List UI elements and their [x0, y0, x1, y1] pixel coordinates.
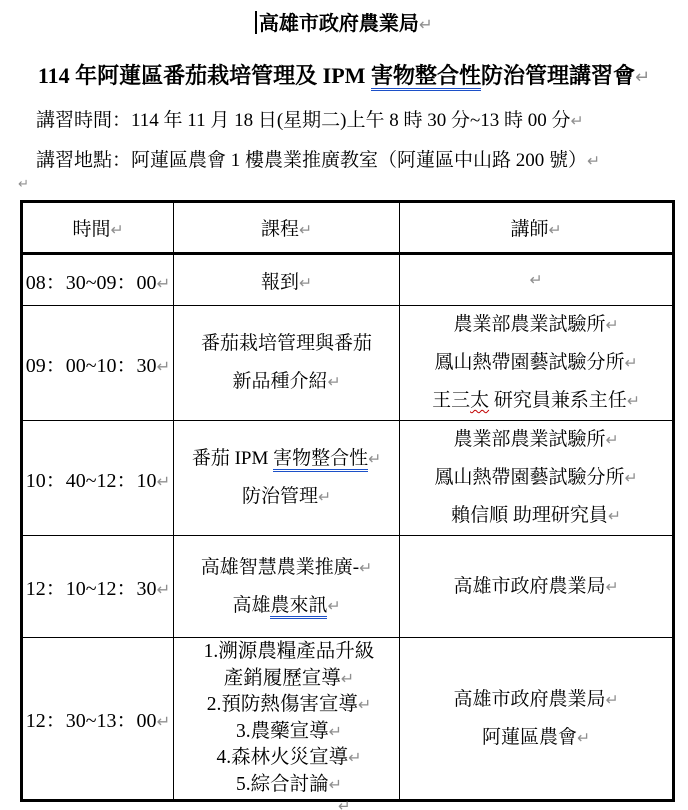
cell-line: 4.森林火災宣導↵: [179, 745, 399, 772]
event-title-line: 114 年阿蓮區番茄栽培管理及 IPM 害物整合性防治管理講習會↵: [0, 59, 688, 95]
cell-line: 3.農藥宣導↵: [179, 719, 399, 746]
cell-line: 5.綜合討論↵: [179, 772, 399, 799]
seminar-time-line: 講習時間：114 年 11 月 18 日(星期二)上午 8 時 30 分~13 …: [36, 107, 688, 135]
pilcrow-mark: ↵: [327, 597, 340, 615]
cell-line: 鳳山熱帶園藝試驗分所↵: [400, 344, 672, 382]
cell-line: 1.溯源農糧產品升級: [179, 639, 399, 666]
pilcrow-mark: ↵: [318, 488, 331, 506]
cell-line: 鳳山熱帶園藝試驗分所↵: [400, 459, 672, 497]
grammar-underline: 農來訊: [270, 595, 327, 619]
pilcrow-mark: ↵: [571, 112, 584, 130]
time-cell: 09：00~10：30↵: [22, 306, 174, 421]
table-row: 12：10~12：30↵ 高雄智慧農業推廣-↵ 高雄農來訊↵ 高雄市政府農業局↵: [22, 536, 674, 638]
pilcrow-mark: ↵: [329, 722, 342, 741]
pilcrow-mark: ↵: [358, 695, 371, 714]
pilcrow-mark: ↵: [338, 797, 351, 810]
seminar-time-text: 講習時間：114 年 11 月 18 日(星期二)上午 8 時 30 分~13 …: [36, 110, 571, 131]
header-cell-course: 課程↵: [174, 202, 400, 254]
time-cell: 08：30~09：00↵: [22, 254, 174, 306]
pilcrow-mark: ↵: [529, 271, 542, 289]
lecturer-cell: ↵: [400, 254, 674, 306]
pilcrow-mark: ↵: [577, 729, 590, 747]
pilcrow-mark: ↵: [605, 691, 618, 709]
course-cell: 番茄 IPM 害物整合性↵ 防治管理↵: [174, 421, 400, 536]
course-cell: 番茄栽培管理與番茄 新品種介紹↵: [174, 306, 400, 421]
pilcrow-mark: ↵: [299, 274, 312, 292]
lecturer-cell: 農業部農業試驗所↵ 鳳山熱帶園藝試驗分所↵ 王三太 研究員兼系主任↵: [400, 306, 674, 421]
pilcrow-mark: ↵: [627, 392, 640, 410]
table-row: 09：00~10：30↵ 番茄栽培管理與番茄 新品種介紹↵ 農業部農業試驗所↵ …: [22, 306, 674, 421]
lecturer-cell: 高雄市政府農業局↵ 阿蓮區農會↵: [400, 638, 674, 801]
cell-line: 番茄 IPM 害物整合性↵: [174, 440, 399, 478]
time-cell: 12：10~12：30↵: [22, 536, 174, 638]
time-cell: 12：30~13：00↵: [22, 638, 174, 801]
pilcrow-mark: ↵: [359, 559, 372, 577]
pilcrow-mark: ↵: [18, 177, 29, 192]
course-cell: 高雄智慧農業推廣-↵ 高雄農來訊↵: [174, 536, 400, 638]
pilcrow-mark: ↵: [157, 357, 171, 376]
cell-line: 賴信順 助理研究員↵: [400, 497, 672, 535]
org-title: 高雄市政府農業局: [259, 13, 419, 35]
pilcrow-mark: ↵: [299, 221, 312, 239]
spellcheck-underline: 太: [470, 390, 489, 411]
cell-line: 高雄市政府農業局↵: [400, 681, 672, 719]
cell-line: 防治管理↵: [174, 478, 399, 516]
cell-line: 王三太 研究員兼系主任↵: [400, 382, 672, 420]
cell-line: 新品種介紹↵: [174, 363, 399, 401]
pilcrow-mark: ↵: [548, 221, 561, 239]
cell-line: 農業部農業試驗所↵: [400, 421, 672, 459]
pilcrow-mark: ↵: [635, 67, 650, 88]
pilcrow-mark: ↵: [327, 373, 340, 391]
pilcrow-mark: ↵: [157, 274, 171, 293]
event-title-prefix: 114 年阿蓮區番茄栽培管理及 IPM: [38, 63, 371, 88]
event-title-grammar-underline: 害物整合性: [371, 63, 481, 91]
document-page: { "marks": { "pilcrow": "↵" }, "colors":…: [0, 0, 688, 810]
cell-line: 產銷履歷宣導↵: [179, 666, 399, 693]
course-cell: 1.溯源農糧產品升級 產銷履歷宣導↵ 2.預防熱傷害宣導↵ 3.農藥宣導↵ 4.…: [174, 638, 400, 801]
cell-line: 番茄栽培管理與番茄: [174, 325, 399, 363]
pilcrow-mark: ↵: [368, 450, 381, 468]
empty-paragraph: ↵: [18, 175, 688, 193]
event-title-suffix: 防治管理講習會: [481, 63, 635, 88]
pilcrow-mark: ↵: [157, 580, 171, 599]
table-header-row: 時間↵ 課程↵ 講師↵: [22, 202, 674, 254]
seminar-place-text: 講習地點：阿蓮區農會 1 樓農業推廣教室（阿蓮區中山路 200 號）: [36, 150, 587, 171]
table-row: 10：40~12：10↵ 番茄 IPM 害物整合性↵ 防治管理↵ 農業部農業試驗…: [22, 421, 674, 536]
cell-line: 高雄智慧農業推廣-↵: [174, 549, 399, 587]
header-cell-lecturer: 講師↵: [400, 202, 674, 254]
pilcrow-mark: ↵: [608, 507, 621, 525]
cell-line: 阿蓮區農會↵: [400, 719, 672, 757]
cell-line: 2.預防熱傷害宣導↵: [179, 692, 399, 719]
pilcrow-mark: ↵: [157, 472, 171, 491]
seminar-place-line: 講習地點：阿蓮區農會 1 樓農業推廣教室（阿蓮區中山路 200 號）↵: [36, 147, 688, 175]
table-row: 12：30~13：00↵ 1.溯源農糧產品升級 產銷履歷宣導↵ 2.預防熱傷害宣…: [22, 638, 674, 801]
lecturer-cell: 農業部農業試驗所↵ 鳳山熱帶園藝試驗分所↵ 賴信順 助理研究員↵: [400, 421, 674, 536]
pilcrow-mark: ↵: [605, 316, 618, 334]
pilcrow-mark: ↵: [587, 152, 600, 170]
pilcrow-mark: ↵: [624, 469, 637, 487]
cell-line: 高雄農來訊↵: [174, 587, 399, 625]
org-title-line: 高雄市政府農業局↵: [0, 10, 688, 39]
schedule-table: 時間↵ 課程↵ 講師↵ 08：30~09：00↵ 報到↵ ↵ 09：00~10：…: [20, 200, 675, 802]
pilcrow-mark: ↵: [624, 354, 637, 372]
pilcrow-mark: ↵: [419, 15, 433, 34]
lecturer-cell: 高雄市政府農業局↵: [400, 536, 674, 638]
pilcrow-mark: ↵: [110, 221, 123, 239]
header-cell-time: 時間↵: [22, 202, 174, 254]
pilcrow-mark: ↵: [605, 431, 618, 449]
pilcrow-mark: ↵: [157, 712, 171, 731]
table-row: 08：30~09：00↵ 報到↵ ↵: [22, 254, 674, 306]
pilcrow-mark: ↵: [348, 748, 361, 767]
pilcrow-mark: ↵: [341, 669, 354, 688]
cell-line: 高雄市政府農業局↵: [400, 568, 672, 606]
text-cursor: [255, 11, 257, 34]
grammar-underline: 害物整合性: [273, 448, 368, 472]
pilcrow-mark: ↵: [605, 578, 618, 596]
time-cell: 10：40~12：10↵: [22, 421, 174, 536]
course-cell: 報到↵: [174, 254, 400, 306]
cell-line: 農業部農業試驗所↵: [400, 306, 672, 344]
pilcrow-mark: ↵: [329, 775, 342, 794]
